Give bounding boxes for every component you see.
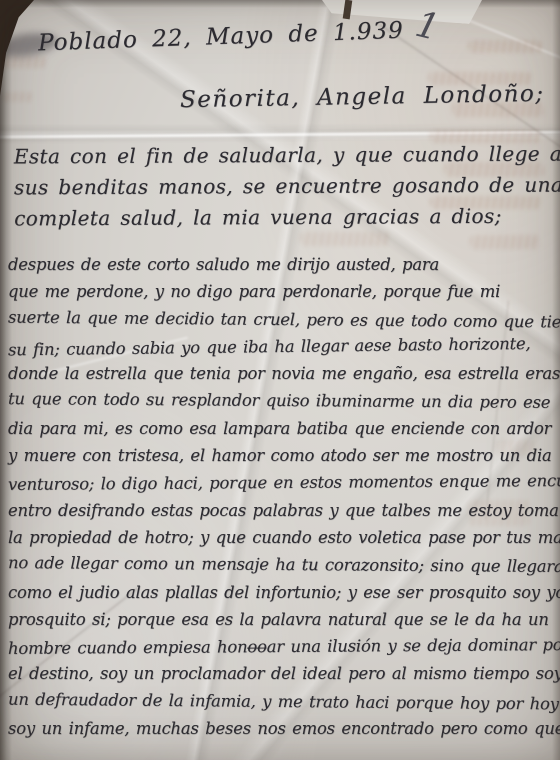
letter-line: sus benditas manos, se encuentre gosando… <box>14 170 556 204</box>
letter-line: prosquito si; porque esa es la palavra n… <box>8 606 556 633</box>
letter-line: la propiedad de hotro; y que cuando esto… <box>8 524 556 551</box>
letter-line: donde la estrella que tenia por novia me… <box>8 360 556 387</box>
letter-line: tu que con todo su resplandor quiso ibum… <box>8 386 556 417</box>
letter-line: y muere con tristesa, el hamor como atod… <box>8 442 556 469</box>
horizontal-fold-crease <box>0 130 560 138</box>
salutation: Señorita, Angela Londoño; <box>180 81 545 113</box>
letter-line: Esta con el fin de saludarla, y que cuan… <box>14 139 556 173</box>
dateline: Poblado 22, Mayo de 1.939 <box>38 18 405 57</box>
letter-line: un defraudador de la infamia, y me trato… <box>8 685 556 717</box>
letter-line: venturoso; lo digo haci, porque en estos… <box>8 467 556 498</box>
letter-line: el destino, soy un proclamador del ideal… <box>8 660 556 687</box>
letter-line: no ade llegar como un mensaje ha tu cora… <box>8 549 556 580</box>
letter-line: que me perdone, y no digo para perdonarl… <box>8 278 556 305</box>
letter-line: dia para mi, es como esa lampara batiba … <box>8 415 556 442</box>
letter-page: 1 Poblado 22, Mayo de 1.939 Señorita, An… <box>0 0 560 760</box>
letter-line: hombre cuando empiesa hono̶o̶ar una ilus… <box>8 631 556 662</box>
letter-line: entro desifrando estas pocas palabras y … <box>8 497 556 524</box>
ink-bleedthrough <box>300 232 390 246</box>
opening-paragraph: Esta con el fin de saludarla, y que cuan… <box>14 139 556 235</box>
torn-flap-shadow <box>343 0 353 19</box>
letter-line: despues de este corto saludo me dirijo a… <box>8 251 556 278</box>
letter-line: completa salud, la mia vuena gracias a d… <box>14 201 556 235</box>
letter-line: como el judio alas plallas del infortuni… <box>8 579 556 606</box>
letter-line: soy un infame, muchas beses nos emos enc… <box>8 715 556 742</box>
letter-line: su fin; cuando sabia yo que iba ha llega… <box>8 330 556 364</box>
ink-bleedthrough <box>470 235 540 249</box>
main-paragraph: despues de este corto saludo me dirijo a… <box>8 251 556 742</box>
